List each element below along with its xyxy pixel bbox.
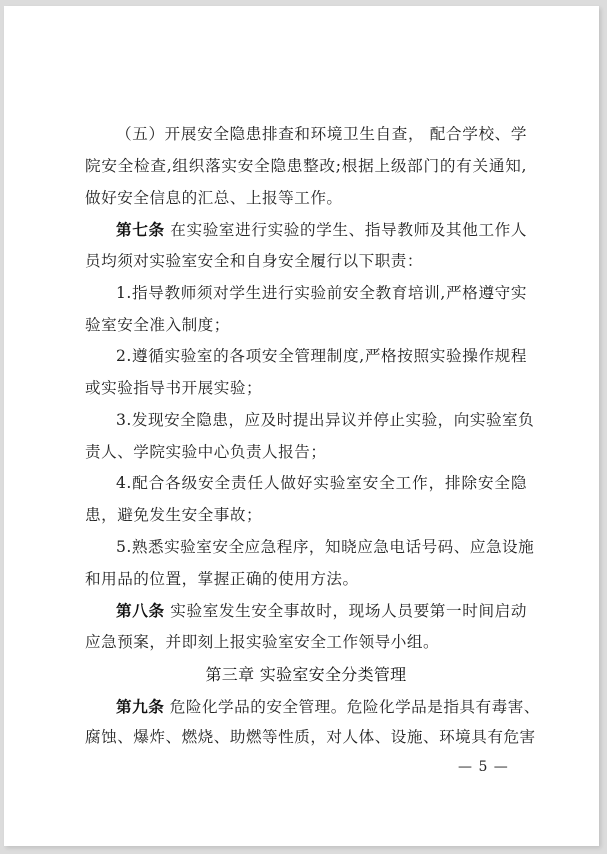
article-number: 第九条 [116, 697, 164, 716]
line-text: 院安全检查,组织落实安全隐患整改;根据上级部门的有关通知, [85, 157, 527, 175]
page-content: （五）开展安全隐患排查和环境卫生自查， 配合学校、学院安全检查,组织落实安全隐患… [85, 119, 527, 754]
line-text: 验室安全准入制度； [85, 316, 230, 334]
line-text: 或实验指导书开展实验； [85, 379, 262, 397]
line-text: 和用品的位置，掌握正确的使用方法。 [85, 570, 359, 588]
text-line: 腐蚀、爆炸、燃烧、助燃等性质，对人体、设施、环境具有危害 [85, 722, 527, 754]
text-line: （五）开展安全隐患排查和环境卫生自查， 配合学校、学 [85, 119, 527, 151]
text-line: 1.指导教师须对学生进行实验前安全教育培训,严格遵守实 [85, 278, 527, 310]
line-text: 做好安全信息的汇总、上报等工作。 [85, 189, 343, 207]
text-line: 2.遵循实验室的各项安全管理制度,严格按照实验操作规程 [85, 341, 527, 373]
line-text: 在实验室进行实验的学生、指导教师及其他工作人 [165, 221, 527, 239]
text-line: 员均须对实验室安全和自身安全履行以下职责： [85, 246, 527, 278]
line-text: （五）开展安全隐患排查和环境卫生自查， 配合学校、学 [116, 125, 527, 143]
line-text: 患，避免发生安全事故； [85, 506, 262, 524]
text-line: 5.熟悉实验室安全应急程序，知晓应急电话号码、应急设施 [85, 532, 527, 564]
text-line: 3.发现安全隐患，应及时提出异议并停止实验，向实验室负 [85, 405, 527, 437]
article-line: 第九条 危险化学品的安全管理。危险化学品是指具有毒害、 [85, 691, 527, 723]
text-line: 院安全检查,组织落实安全隐患整改;根据上级部门的有关通知, [85, 151, 527, 183]
document-page: （五）开展安全隐患排查和环境卫生自查， 配合学校、学院安全检查,组织落实安全隐患… [4, 6, 599, 846]
line-text: 应急预案，并即刻上报实验室安全工作领导小组。 [85, 633, 439, 651]
line-text: 危险化学品的安全管理。危险化学品是指具有毒害、 [164, 698, 540, 716]
page-number: — 5 — [458, 759, 509, 775]
line-text: 2.遵循实验室的各项安全管理制度,严格按照实验操作规程 [116, 347, 527, 365]
line-text: 3.发现安全隐患，应及时提出异议并停止实验，向实验室负 [116, 411, 534, 429]
text-line: 患，避免发生安全事故； [85, 500, 527, 532]
line-text: 4.配合各级安全责任人做好实验室安全工作，排除安全隐 [116, 474, 527, 492]
article-line: 第八条 实验室发生安全事故时，现场人员要第一时间启动 [85, 595, 527, 627]
text-line: 和用品的位置，掌握正确的使用方法。 [85, 564, 527, 596]
text-line: 验室安全准入制度； [85, 310, 527, 342]
chapter-heading: 第三章 实验室安全分类管理 [85, 659, 527, 691]
text-line: 做好安全信息的汇总、上报等工作。 [85, 183, 527, 215]
article-line: 第七条 在实验室进行实验的学生、指导教师及其他工作人 [85, 214, 527, 246]
article-number: 第八条 [116, 601, 165, 620]
line-text: 腐蚀、爆炸、燃烧、助燃等性质，对人体、设施、环境具有危害 [85, 728, 536, 746]
text-line: 应急预案，并即刻上报实验室安全工作领导小组。 [85, 627, 527, 659]
text-line: 责人、学院实验中心负责人报告； [85, 437, 527, 469]
line-text: 实验室发生安全事故时，现场人员要第一时间启动 [165, 602, 527, 620]
line-text: 责人、学院实验中心负责人报告； [85, 443, 326, 461]
text-line: 或实验指导书开展实验； [85, 373, 527, 405]
line-text: 5.熟悉实验室安全应急程序，知晓应急电话号码、应急设施 [116, 538, 534, 556]
paragraph-block: （五）开展安全隐患排查和环境卫生自查， 配合学校、学院安全检查,组织落实安全隐患… [85, 119, 527, 659]
paragraph-block: 第九条 危险化学品的安全管理。危险化学品是指具有毒害、腐蚀、爆炸、燃烧、助燃等性… [85, 691, 527, 755]
line-text: 员均须对实验室安全和自身安全履行以下职责： [85, 252, 423, 270]
text-line: 4.配合各级安全责任人做好实验室安全工作，排除安全隐 [85, 468, 527, 500]
line-text: 1.指导教师须对学生进行实验前安全教育培训,严格遵守实 [116, 284, 527, 302]
article-number: 第七条 [116, 220, 165, 239]
